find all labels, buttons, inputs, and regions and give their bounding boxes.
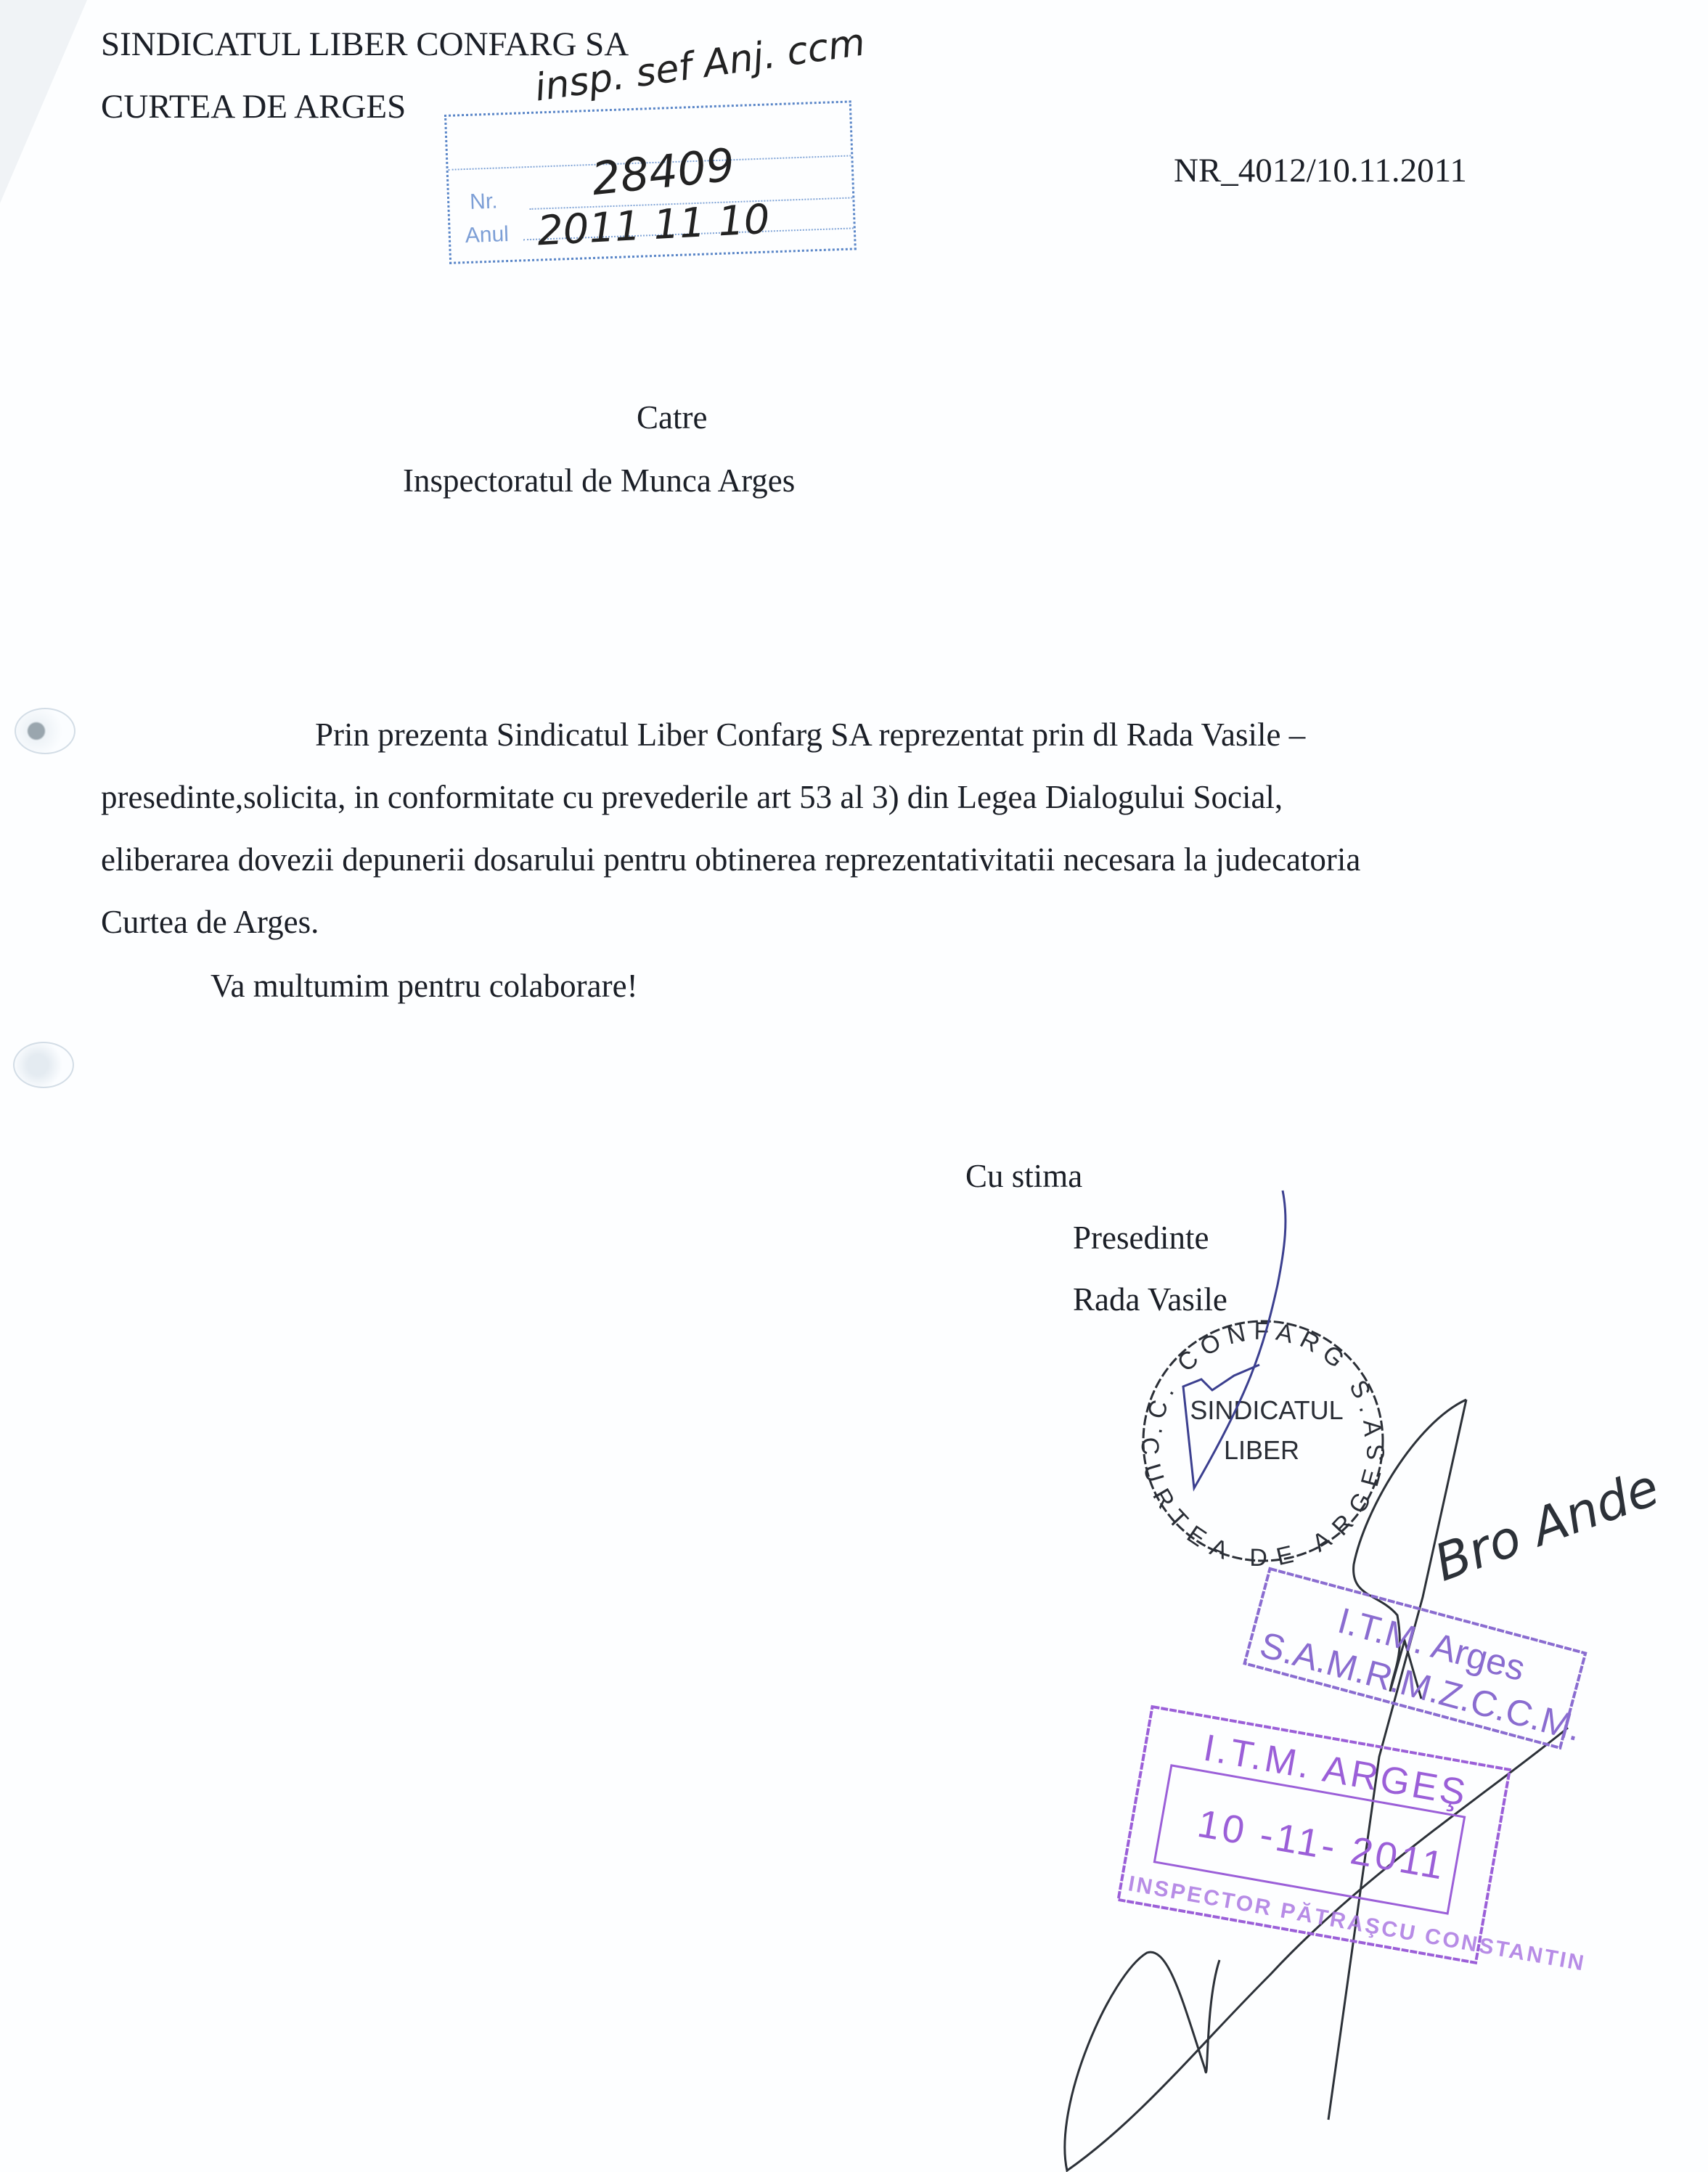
round-stamp-center-2: LIBER xyxy=(1224,1435,1299,1465)
svg-text:INSPECTOR PĂTRAŞCU CONSTANTIN: INSPECTOR PĂTRAŞCU CONSTANTIN xyxy=(1127,1871,1588,1975)
svg-text:S.C. CONFARG S.A.: S.C. CONFARG S.A. xyxy=(0,0,1387,1445)
stamps-and-signatures-layer: S.C. CONFARG S.A. CURTEA DE ARGES SINDIC… xyxy=(0,0,1708,2172)
round-stamp-center-1: SINDICATUL xyxy=(1190,1395,1343,1425)
scanned-letter-page: SINDICATUL LIBER CONFARG SA CURTEA DE AR… xyxy=(0,0,1708,2172)
round-union-stamp: S.C. CONFARG S.A. CURTEA DE ARGES SINDIC… xyxy=(0,0,1390,1572)
